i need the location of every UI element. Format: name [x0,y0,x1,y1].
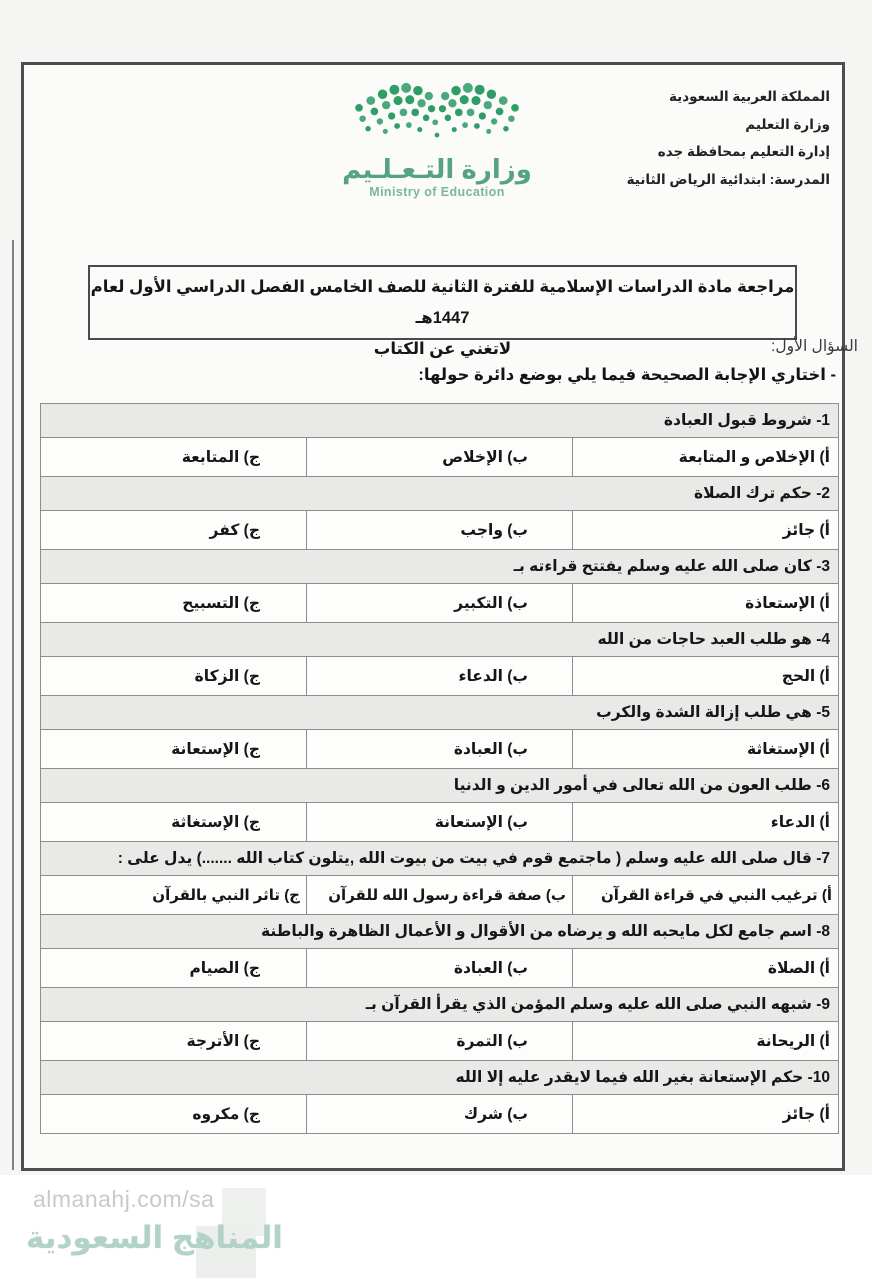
option-a: أ) ترغيب النبي في قراءة القرآن [573,876,839,915]
option-b: ب) الإخلاص [307,438,573,477]
question-text: 5- هي طلب إزالة الشدة والكرب [41,696,839,730]
ministry-header-block: المملكة العربية السعودية وزارة التعليم إ… [627,83,830,193]
option-b: ب) العبادة [307,730,573,769]
option-c: ج) تاثر النبي بالقرآن [41,876,307,915]
instruction-line: - اختاري الإجابة الصحيحة فيما يلي بوضع د… [418,365,836,385]
option-a: أ) الصلاة [573,949,839,988]
options-row: أ) الإستغاثة ب) العبادة ج) الإستعانة [41,730,839,769]
exam-title-box: مراجعة مادة الدراسات الإسلامية للفترة ال… [88,265,797,340]
moe-english-subtitle: Ministry of Education [332,185,542,199]
section-label: السؤال الأول: [771,337,858,356]
options-row: أ) ترغيب النبي في قراءة القرآن ب) صفة قر… [41,876,839,915]
page-border-frame: وزارة التـعـلـيم Ministry of Education ا… [21,62,845,1171]
scanned-exam-page: وزارة التـعـلـيم Ministry of Education ا… [0,0,872,1280]
options-row: أ) الصلاة ب) العبادة ج) الصيام [41,949,839,988]
option-b: ب) شرك [307,1095,573,1134]
scan-edge-line [12,240,14,1170]
question-text: 8- اسم جامع لكل مايحبه الله و يرضاه من ا… [41,915,839,949]
question-row: 6- طلب العون من الله تعالى في أمور الدين… [41,769,839,803]
question-row: 4- هو طلب العبد حاجات من الله [41,623,839,657]
option-c: ج) الصيام [41,949,307,988]
header-country-line: المملكة العربية السعودية [627,83,830,111]
question-text: 9- شبهه النبي صلى الله عليه وسلم المؤمن … [41,988,839,1022]
options-row: أ) الإخلاص و المتابعة ب) الإخلاص ج) المت… [41,438,839,477]
option-a: أ) الإخلاص و المتابعة [573,438,839,477]
question-row: 5- هي طلب إزالة الشدة والكرب [41,696,839,730]
option-c: ج) الإستعانة [41,730,307,769]
option-c: ج) الإستغاثة [41,803,307,842]
scan-background: وزارة التـعـلـيم Ministry of Education ا… [0,0,872,1175]
options-row: أ) الإستعاذة ب) التكبير ج) التسبيح [41,584,839,623]
option-a: أ) الإستعاذة [573,584,839,623]
question-text: 4- هو طلب العبد حاجات من الله [41,623,839,657]
question-row: 2- حكم ترك الصلاة [41,477,839,511]
option-a: أ) جائز [573,1095,839,1134]
option-b: ب) واجب [307,511,573,550]
question-row: 7- قال صلى الله عليه وسلم ( ماجتمع قوم ف… [41,842,839,876]
option-b: ب) صفة قراءة رسول الله للقرآن [307,876,573,915]
option-c: ج) التسبيح [41,584,307,623]
header-ministry-line: وزارة التعليم [627,111,830,139]
header-administration-line: إدارة التعليم بمحافظة جده [627,138,830,166]
option-c: ج) كفر [41,511,307,550]
options-row: أ) جائز ب) شرك ج) مكروه [41,1095,839,1134]
options-row: أ) الحج ب) الدعاء ج) الزكاة [41,657,839,696]
option-a: أ) الإستغاثة [573,730,839,769]
question-row: 8- اسم جامع لكل مايحبه الله و يرضاه من ا… [41,915,839,949]
option-c: ج) الزكاة [41,657,307,696]
option-a: أ) الريحانة [573,1022,839,1061]
multiple-choice-table: 1- شروط قبول العبادة أ) الإخلاص و المتاب… [40,403,839,1134]
question-text: 3- كان صلى الله عليه وسلم يفتتح قراءته ب… [41,550,839,584]
options-row: أ) الريحانة ب) التمرة ج) الأترجة [41,1022,839,1061]
question-text: 7- قال صلى الله عليه وسلم ( ماجتمع قوم ف… [41,842,839,876]
option-c: ج) المتابعة [41,438,307,477]
almanahj-url-watermark: almanahj.com/sa [33,1186,214,1213]
ministry-of-education-logo: وزارة التـعـلـيم Ministry of Education [332,77,542,212]
question-text: 10- حكم الإستعانة بغير الله فيما لايقدر … [41,1061,839,1095]
option-b: ب) الإستعانة [307,803,573,842]
question-text: 1- شروط قبول العبادة [41,404,839,438]
question-text: 2- حكم ترك الصلاة [41,477,839,511]
option-b: ب) التمرة [307,1022,573,1061]
option-a: أ) الدعاء [573,803,839,842]
option-b: ب) التكبير [307,584,573,623]
moe-dots-emblem-icon [346,77,528,155]
options-row: أ) جائز ب) واجب ج) كفر [41,511,839,550]
option-c: ج) مكروه [41,1095,307,1134]
question-text: 6- طلب العون من الله تعالى في أمور الدين… [41,769,839,803]
option-c: ج) الأترجة [41,1022,307,1061]
option-b: ب) العبادة [307,949,573,988]
question-row: 10- حكم الإستعانة بغير الله فيما لايقدر … [41,1061,839,1095]
exam-title-line2: لاتغني عن الكتاب [90,334,795,365]
option-a: أ) الحج [573,657,839,696]
options-row: أ) الدعاء ب) الإستعانة ج) الإستغاثة [41,803,839,842]
question-row: 3- كان صلى الله عليه وسلم يفتتح قراءته ب… [41,550,839,584]
question-row: 1- شروط قبول العبادة [41,404,839,438]
option-a: أ) جائز [573,511,839,550]
almanahj-brand-watermark: المناهج السعودية [26,1220,283,1256]
exam-title-line1: مراجعة مادة الدراسات الإسلامية للفترة ال… [90,272,795,334]
question-row: 9- شبهه النبي صلى الله عليه وسلم المؤمن … [41,988,839,1022]
moe-wordmark: وزارة التـعـلـيم [332,155,542,183]
header-school-line: المدرسة: ابتدائية الرياض الثانية [627,166,830,194]
option-b: ب) الدعاء [307,657,573,696]
